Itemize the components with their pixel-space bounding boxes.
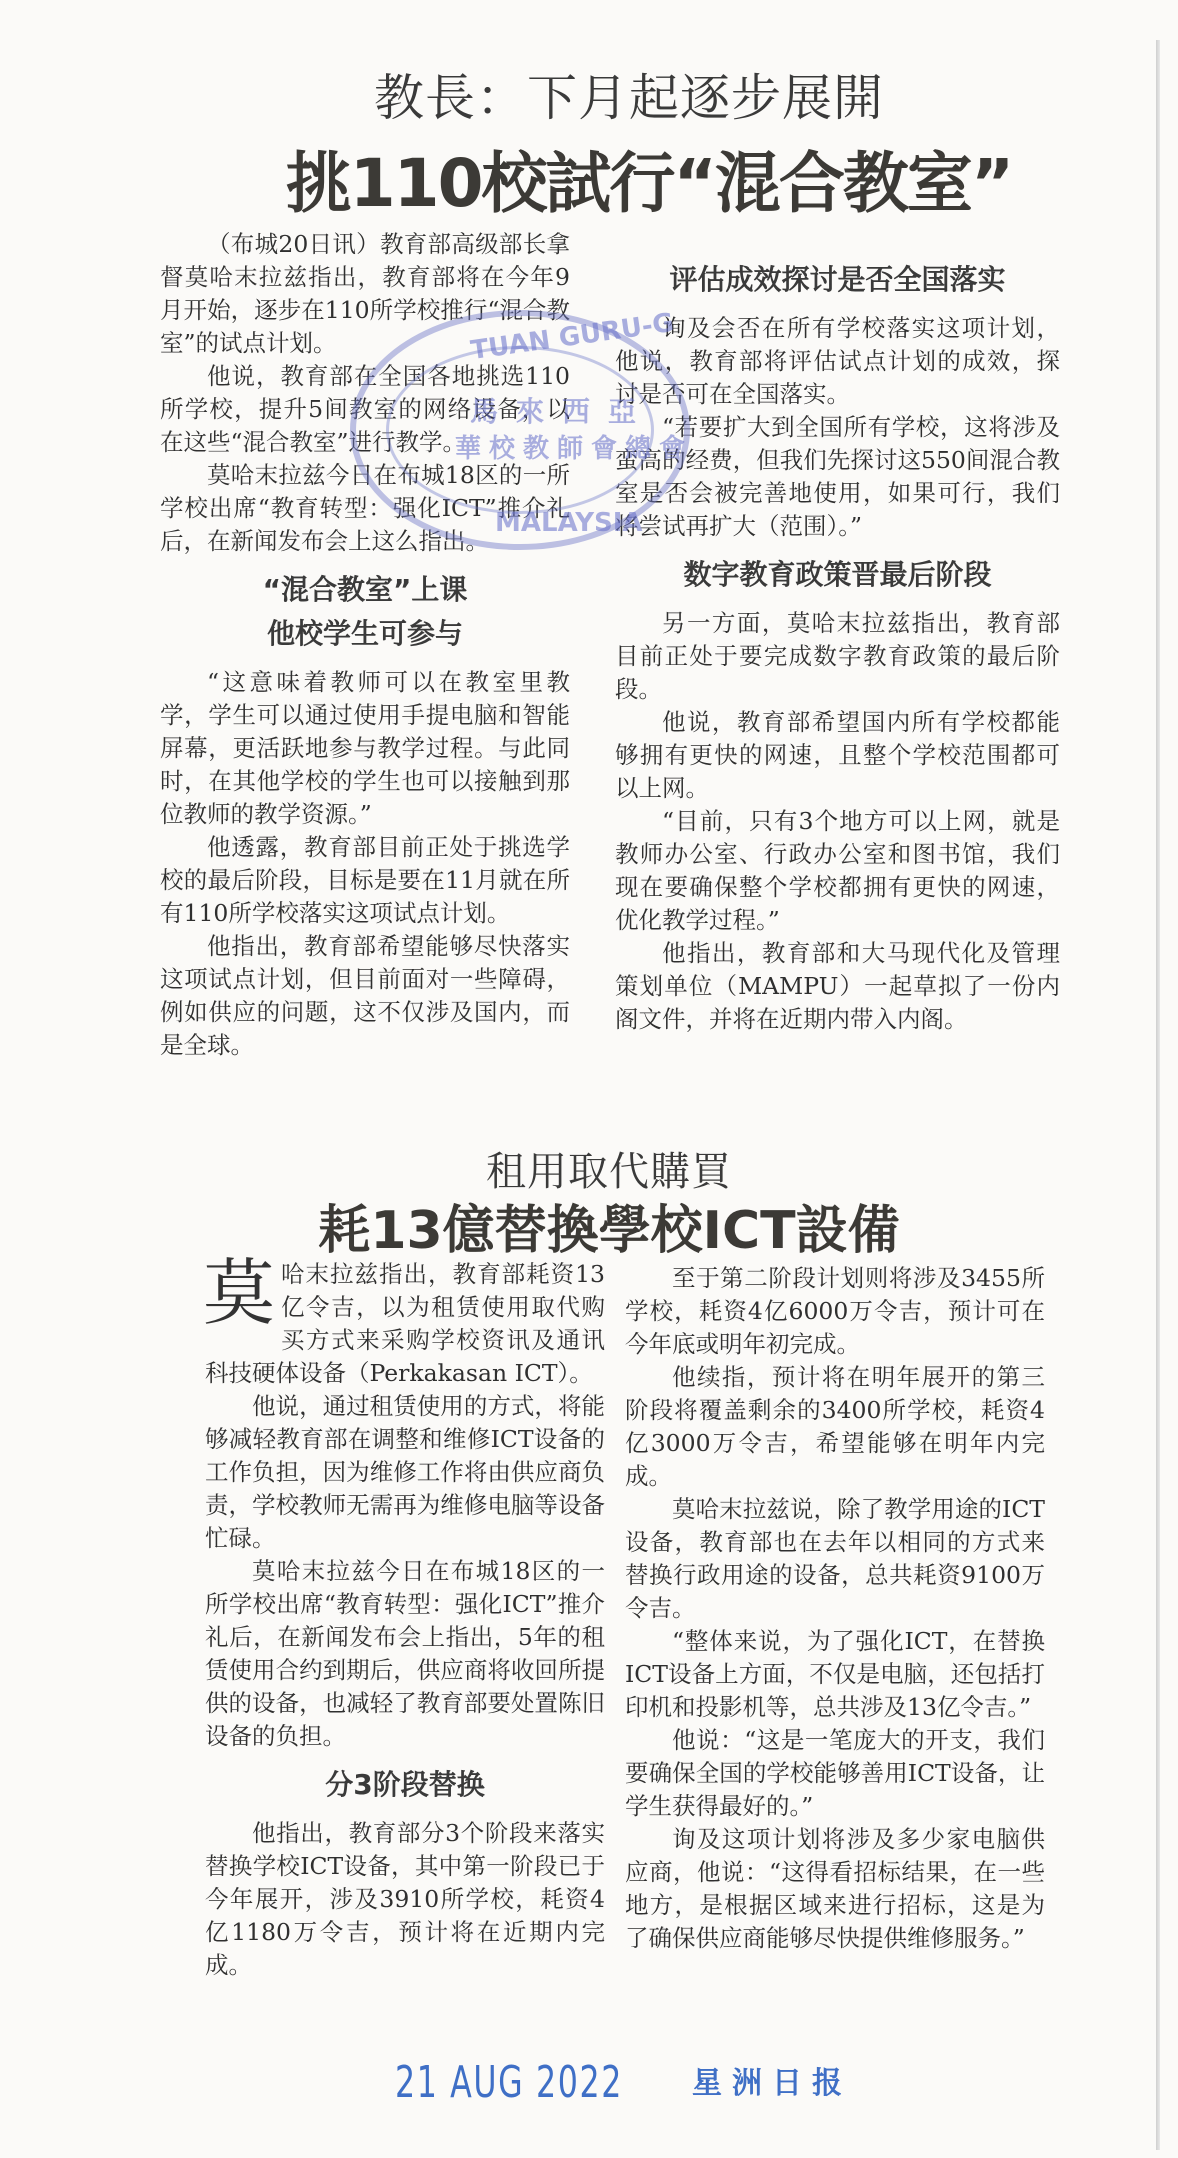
paragraph: 他说，教育部在全国各地挑选110所学校，提升5间教室的网络设备，以在这些“混合教…	[160, 360, 570, 459]
paragraph: 他指出，教育部和大马现代化及管理策划单位（MAMPU）一起草拟了一份内阁文件，并…	[615, 937, 1060, 1036]
article1-column-1: （布城20日讯）教育部高级部长拿督莫哈末拉兹指出，教育部将在今年9月开始，逐步在…	[160, 228, 570, 1062]
paragraph: 莫哈末拉兹说，除了教学用途的ICT设备，教育部也在去年以相同的方式来替换行政用途…	[625, 1493, 1045, 1625]
paragraph: “整体来说，为了强化ICT，在替换ICT设备上方面，不仅是电脑，还包括打印机和投…	[625, 1625, 1045, 1724]
subheading-line: 他校学生可参与	[160, 612, 570, 656]
subheading: 分3阶段替换	[205, 1763, 605, 1807]
subheading: “混合教室”上课 他校学生可参与	[160, 568, 570, 656]
article2-column-2: 至于第二阶段计划则将涉及3455所学校，耗资4亿6000万令吉，预计可在今年底或…	[625, 1262, 1045, 1955]
paragraph: 他说，教育部希望国内所有学校都能够拥有更快的网速，且整个学校范围都可以上网。	[615, 706, 1060, 805]
paragraph: 他指出，教育部希望能够尽快落实这项试点计划，但目前面对一些障碍，例如供应的问题，…	[160, 930, 570, 1062]
paragraph: 他透露，教育部目前正处于挑选学校的最后阶段，目标是要在11月就在所有110所学校…	[160, 831, 570, 930]
paragraph: 另一方面，莫哈末拉兹指出，教育部目前正处于要完成数字教育政策的最后阶段。	[615, 607, 1060, 706]
paragraph: 他指出，教育部分3个阶段来落实替换学校ICT设备，其中第一阶段已于今年展开，涉及…	[205, 1817, 605, 1982]
article1-headline: 挑110校試行“混合教室”	[0, 130, 1178, 225]
paragraph: “目前，只有3个地方可以上网，就是教师办公室、行政办公室和图书馆，我们现在要确保…	[615, 805, 1060, 937]
newspaper-name-stamp: 星洲日报	[692, 2058, 852, 2102]
drop-cap: 莫	[203, 1260, 275, 1326]
lead-paragraph: 莫哈末拉兹指出，教育部耗资13亿令吉，以为租赁使用取代购买方式来采购学校资讯及通…	[205, 1258, 605, 1390]
paragraph: “这意味着教师可以在教室里教学，学生可以通过使用手提电脑和智能屏幕，更活跃地参与…	[160, 666, 570, 831]
paragraph: 他续指，预计将在明年展开的第三阶段将覆盖剩余的3400所学校，耗资4亿3000万…	[625, 1361, 1045, 1493]
page-edge-shadow	[1156, 40, 1160, 2150]
paragraph: （布城20日讯）教育部高级部长拿督莫哈末拉兹指出，教育部将在今年9月开始，逐步在…	[160, 228, 570, 360]
paragraph: 至于第二阶段计划则将涉及3455所学校，耗资4亿6000万令吉，预计可在今年底或…	[625, 1262, 1045, 1361]
date-stamp: 21 AUG 2022	[395, 2057, 623, 2108]
article1-column-2: 评估成效探讨是否全国落实 询及会否在所有学校落实这项计划，他说，教育部将评估试点…	[615, 248, 1060, 1036]
paragraph: 询及这项计划将涉及多少家电脑供应商，他说：“这得看招标结果，在一些地方，是根据区…	[625, 1823, 1045, 1955]
paragraph: 他说，通过租赁使用的方式，将能够减轻教育部在调整和维修ICT设备的工作负担，因为…	[205, 1390, 605, 1555]
subheading-line: “混合教室”上课	[160, 568, 570, 612]
subheading: 数字教育政策晋最后阶段	[615, 553, 1060, 597]
paragraph: “若要扩大到全国所有学校，这将涉及蛮高的经费，但我们先探讨这550间混合教室是否…	[615, 411, 1060, 543]
paragraph: 询及会否在所有学校落实这项计划，他说，教育部将评估试点计划的成效，探讨是否可在全…	[615, 312, 1060, 411]
paragraph: 莫哈末拉兹今日在布城18区的一所学校出席“教育转型：强化ICT”推介礼后，在新闻…	[160, 459, 570, 558]
subheading: 评估成效探讨是否全国落实	[615, 258, 1060, 302]
article2-headline: 耗13億替換學校ICT設備	[0, 1188, 1178, 1263]
paragraph: 莫哈末拉兹今日在布城18区的一所学校出席“教育转型：强化ICT”推介礼后，在新闻…	[205, 1555, 605, 1753]
article2-column-1: 莫哈末拉兹指出，教育部耗资13亿令吉，以为租赁使用取代购买方式来采购学校资讯及通…	[205, 1258, 605, 1982]
paragraph: 他说：“这是一笔庞大的开支，我们要确保全国的学校能够善用ICT设备，让学生获得最…	[625, 1724, 1045, 1823]
article1-kicker: 教長：下月起逐步展開	[0, 58, 1178, 130]
